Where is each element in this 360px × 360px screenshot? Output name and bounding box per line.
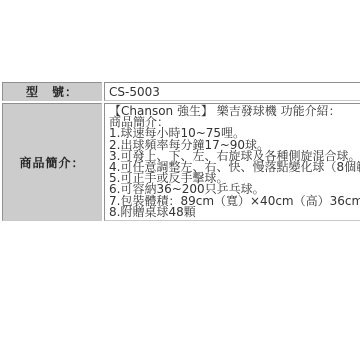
product-spec-table: 型 號： CS-5003 商品簡介： 【Chanson 強生】 樂吉發球機 功能… bbox=[0, 80, 360, 223]
intro-label-cell: 商品簡介： bbox=[2, 103, 102, 221]
intro-content-cell: 【Chanson 強生】 樂吉發球機 功能介紹： 商品簡介： 1.球速每小時10… bbox=[104, 103, 360, 221]
intro-row: 商品簡介： 【Chanson 強生】 樂吉發球機 功能介紹： 商品簡介： 1.球… bbox=[2, 103, 360, 221]
model-value-cell: CS-5003 bbox=[104, 82, 360, 101]
intro-line-8: 8.附贈桌球48顆 bbox=[109, 207, 357, 218]
model-row: 型 號： CS-5003 bbox=[2, 82, 360, 101]
model-label-cell: 型 號： bbox=[2, 82, 102, 101]
